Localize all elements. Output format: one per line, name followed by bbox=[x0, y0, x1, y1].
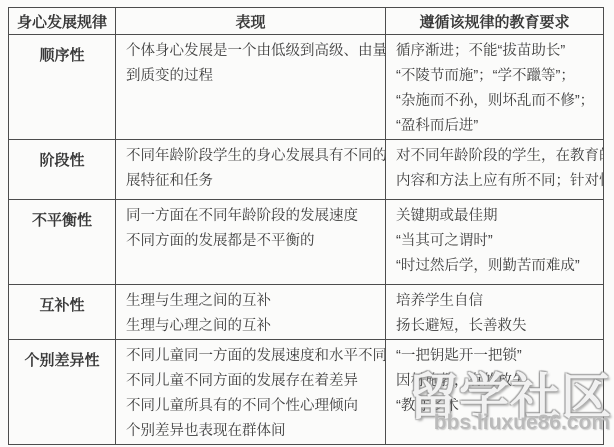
manifestation-cell: 同一方面在不同年龄阶段的发展速度 不同方面的发展都是不平衡的 bbox=[116, 200, 386, 285]
cell-line: 展特征和任务 bbox=[126, 169, 381, 194]
manifestation-cell: 不同儿童同一方面的发展速度和水平不同 不同儿童不同方面的发展存在着差异 不同儿童… bbox=[116, 340, 386, 445]
manifestation-cell: 不同年龄阶段学生的身心发展具有不同的发 展特征和任务 bbox=[116, 140, 386, 200]
cell-line: 生理与生理之间的互补 bbox=[126, 289, 381, 314]
requirement-cell: 对不同年龄阶段的学生，在教育的 内容和方法上应有所不同；针对性 bbox=[386, 140, 604, 200]
cell-line: 对不同年龄阶段的学生，在教育的 bbox=[396, 144, 599, 169]
col-header-manifestation: 表现 bbox=[116, 8, 386, 35]
cell-line: “教亦多术 bbox=[396, 394, 599, 419]
col-header-requirement: 遵循该规律的教育要求 bbox=[386, 8, 604, 35]
cell-line: “一把钥匙开一把锁” bbox=[396, 344, 599, 369]
cell-line: “杂施而不孙，则坏乱而不修”； bbox=[396, 89, 599, 114]
requirement-cell: 循序渐进；不能“拔苗助长” “不陵节而施”；“学不躐等”； “杂施而不孙，则坏乱… bbox=[386, 35, 604, 140]
law-cell: 不平衡性 bbox=[9, 200, 116, 285]
law-cell: 顺序性 bbox=[9, 35, 116, 140]
cell-line: 不同方面的发展都是不平衡的 bbox=[126, 229, 381, 254]
cell-line: 生理与心理之间的互补 bbox=[126, 314, 381, 339]
scanned-table-page: 身心发展规律 表现 遵循该规律的教育要求 顺序性 个体身心发展是一个由低级到高级… bbox=[0, 0, 614, 447]
header-row: 身心发展规律 表现 遵循该规律的教育要求 bbox=[9, 8, 604, 35]
law-cell: 阶段性 bbox=[9, 140, 116, 200]
cell-line: 内容和方法上应有所不同；针对性 bbox=[396, 169, 599, 194]
law-cell: 互补性 bbox=[9, 285, 116, 340]
cell-line: 个别差异也表现在群体间 bbox=[126, 419, 381, 444]
requirement-cell: 培养学生自信 扬长避短，长善救失 bbox=[386, 285, 604, 340]
cell-line: 培养学生自信 bbox=[396, 289, 599, 314]
cell-line: “时过然后学，则勤苦而难成” bbox=[396, 254, 599, 279]
cell-line: 关键期或最佳期 bbox=[396, 204, 599, 229]
cell-line: 不同年龄阶段学生的身心发展具有不同的发 bbox=[126, 144, 381, 169]
table-row: 互补性 生理与生理之间的互补 生理与心理之间的互补 培养学生自信 扬长避短，长善… bbox=[9, 285, 604, 340]
cell-line: 不同儿童所具有的不同个性心理倾向 bbox=[126, 394, 381, 419]
cell-line: 个体身心发展是一个由低级到高级、由量变 bbox=[126, 39, 381, 64]
cell-line: 扬长避短，长善救失 bbox=[396, 314, 599, 339]
table-row: 个别差异性 不同儿童同一方面的发展速度和水平不同 不同儿童不同方面的发展存在着差… bbox=[9, 340, 604, 445]
requirement-cell: 关键期或最佳期 “当其可之谓时” “时过然后学，则勤苦而难成” bbox=[386, 200, 604, 285]
table-row: 顺序性 个体身心发展是一个由低级到高级、由量变 到质变的过程 循序渐进；不能“拔… bbox=[9, 35, 604, 140]
law-cell: 个别差异性 bbox=[9, 340, 116, 445]
cell-line: 同一方面在不同年龄阶段的发展速度 bbox=[126, 204, 381, 229]
col-header-law: 身心发展规律 bbox=[9, 8, 116, 35]
cell-line: 不同儿童同一方面的发展速度和水平不同 bbox=[126, 344, 381, 369]
manifestation-cell: 生理与生理之间的互补 生理与心理之间的互补 bbox=[116, 285, 386, 340]
manifestation-cell: 个体身心发展是一个由低级到高级、由量变 到质变的过程 bbox=[116, 35, 386, 140]
cell-line: “当其可之谓时” bbox=[396, 229, 599, 254]
cell-line: 到质变的过程 bbox=[126, 64, 381, 89]
cell-line: “不陵节而施”；“学不躐等”； bbox=[396, 64, 599, 89]
table-row: 阶段性 不同年龄阶段学生的身心发展具有不同的发 展特征和任务 对不同年龄阶段的学… bbox=[9, 140, 604, 200]
requirement-cell: “一把钥匙开一把锁” 因材施教，有的放矢 “教亦多术 bbox=[386, 340, 604, 445]
development-laws-table: 身心发展规律 表现 遵循该规律的教育要求 顺序性 个体身心发展是一个由低级到高级… bbox=[8, 7, 604, 445]
cell-line: 循序渐进；不能“拔苗助长” bbox=[396, 39, 599, 64]
cell-line: “盈科而后进” bbox=[396, 114, 599, 139]
cell-line: 因材施教，有的放矢 bbox=[396, 369, 599, 394]
table-row: 不平衡性 同一方面在不同年龄阶段的发展速度 不同方面的发展都是不平衡的 关键期或… bbox=[9, 200, 604, 285]
cell-line: 不同儿童不同方面的发展存在着差异 bbox=[126, 369, 381, 394]
